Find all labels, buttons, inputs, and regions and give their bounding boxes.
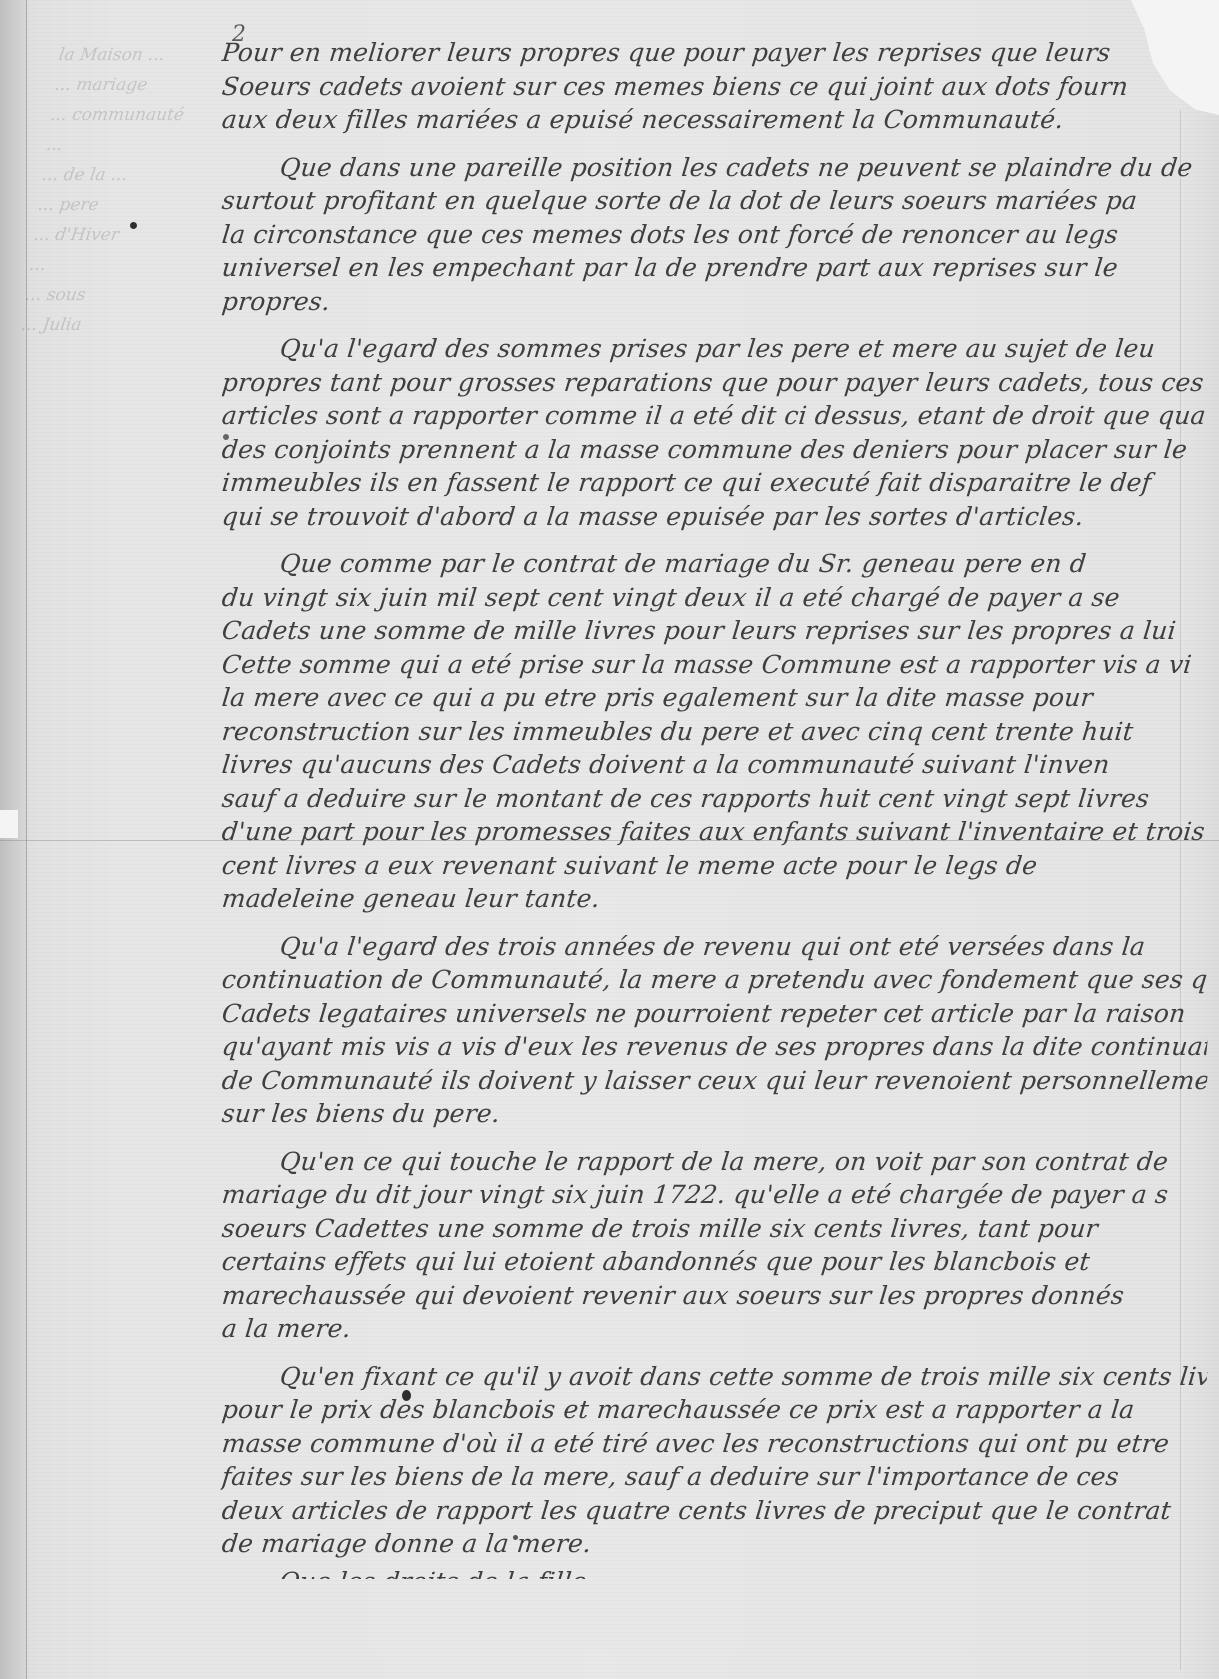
manuscript-line: qui se trouvoit d'abord a la masse epuis…	[220, 500, 1209, 534]
manuscript-line: reconstruction sur les immeubles du pere…	[220, 715, 1209, 749]
manuscript-line: a la mere.	[220, 1312, 1209, 1346]
manuscript-line: Qu'en fixant ce qu'il y avoit dans cette…	[220, 1360, 1209, 1394]
manuscript-line: immeubles ils en fassent le rapport ce q…	[220, 466, 1209, 500]
manuscript-line: Que comme par le contrat de mariage du S…	[220, 547, 1209, 581]
manuscript-line: masse commune d'où il a eté tiré avec le…	[220, 1427, 1209, 1461]
manuscript-line: mariage du dit jour vingt six juin 1722.…	[220, 1178, 1209, 1212]
manuscript-line: Cadets legataires universels ne pourroie…	[220, 997, 1209, 1031]
manuscript-body: Pour en meliorer leurs propres que pour …	[222, 36, 1207, 1579]
paragraph: Pour en meliorer leurs propres que pour …	[222, 36, 1207, 137]
manuscript-line: de mariage donne a la mere.	[220, 1527, 1209, 1561]
manuscript-line: soeurs Cadettes une somme de trois mille…	[220, 1212, 1209, 1246]
manuscript-line: Qu'a l'egard des trois années de revenu …	[220, 930, 1209, 964]
manuscript-line: la circonstance que ces memes dots les o…	[220, 218, 1209, 252]
manuscript-line: d'une part pour les promesses faites aux…	[220, 815, 1209, 849]
manuscript-line: faites sur les biens de la mere, sauf a …	[220, 1460, 1209, 1494]
manuscript-line: certains effets qui lui etoient abandonn…	[220, 1245, 1209, 1279]
manuscript-line: de Communauté ils doivent y laisser ceux…	[220, 1064, 1209, 1098]
paragraph: Qu'en ce qui touche le rapport de la mer…	[222, 1145, 1207, 1346]
manuscript-line: Cette somme qui a eté prise sur la masse…	[220, 648, 1209, 682]
ink-blot	[402, 1390, 411, 1401]
manuscript-line: aux deux filles mariées a epuisé necessa…	[220, 103, 1209, 137]
manuscript-line: la mere avec ce qui a pu etre pris egale…	[220, 681, 1209, 715]
manuscript-line: sur les biens du pere.	[220, 1097, 1209, 1131]
manuscript-line: Soeurs cadets avoient sur ces memes bien…	[220, 70, 1209, 104]
paragraph: Qu'en fixant ce qu'il y avoit dans cette…	[222, 1360, 1207, 1561]
manuscript-line: surtout profitant en quelque sorte de la…	[220, 184, 1209, 218]
paragraph: Que comme par le contrat de mariage du S…	[222, 547, 1207, 916]
manuscript-line: marechaussée qui devoient revenir aux so…	[220, 1279, 1209, 1313]
ink-blot	[513, 1535, 518, 1540]
manuscript-line: pour le prix des blancbois et marechauss…	[220, 1393, 1209, 1427]
manuscript-line: des conjoints prennent a la masse commun…	[220, 433, 1209, 467]
ink-blot	[130, 222, 137, 229]
manuscript-line: Que dans une pareille position les cadet…	[220, 151, 1209, 185]
manuscript-line: livres qu'aucuns des Cadets doivent a la…	[220, 748, 1209, 782]
paragraph: Qu'a l'egard des sommes prises par les p…	[222, 332, 1207, 533]
manuscript-line: madeleine geneau leur tante.	[220, 882, 1209, 916]
left-edge-notch	[0, 810, 18, 838]
manuscript-line: Qu'a l'egard des sommes prises par les p…	[220, 332, 1209, 366]
manuscript-line: cent livres a eux revenant suivant le me…	[220, 849, 1209, 883]
manuscript-line: Pour en meliorer leurs propres que pour …	[220, 36, 1209, 70]
manuscript-line: universel en les empechant par la de pre…	[220, 251, 1209, 285]
manuscript-line: propres tant pour grosses reparations qu…	[220, 366, 1209, 400]
manuscript-line: sauf a deduire sur le montant de ces rap…	[220, 782, 1209, 816]
manuscript-line: Cadets une somme de mille livres pour le…	[220, 614, 1209, 648]
manuscript-line: du vingt six juin mil sept cent vingt de…	[220, 581, 1209, 615]
paragraph: Qu'a l'egard des trois années de revenu …	[222, 930, 1207, 1131]
manuscript-line: propres.	[220, 285, 1209, 319]
manuscript-line: qu'ayant mis vis a vis d'eux les revenus…	[220, 1030, 1209, 1064]
ink-blot	[223, 434, 229, 440]
manuscript-line: articles sont a rapporter comme il a eté…	[220, 399, 1209, 433]
manuscript-line-truncated: Que les droits de la fille ...	[221, 1565, 1207, 1579]
manuscript-line: deux articles de rapport les quatre cent…	[220, 1494, 1209, 1528]
paragraph: Que dans une pareille position les cadet…	[222, 151, 1207, 319]
manuscript-line: continuation de Communauté, la mere a pr…	[220, 963, 1209, 997]
manuscript-line: Qu'en ce qui touche le rapport de la mer…	[220, 1145, 1209, 1179]
